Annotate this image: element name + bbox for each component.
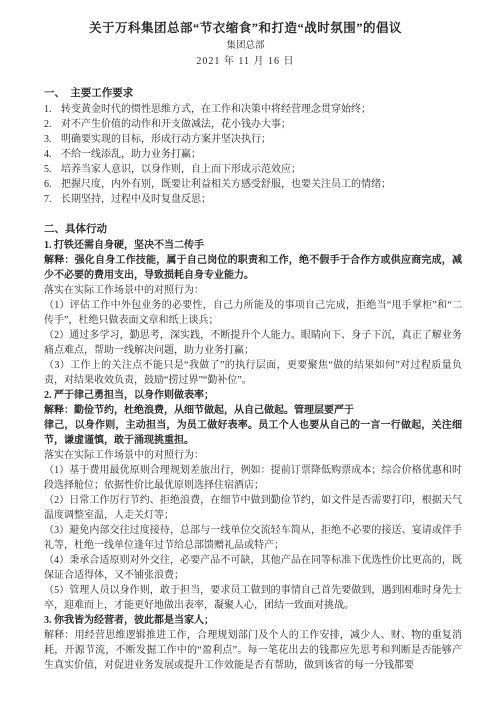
behavior-item: （3）工作上的关注点不能只是“我做了”的执行层面，更要聚焦“做的结果如何”对过程… — [44, 358, 462, 388]
requirement-item-4: 4. 不给一线添乱，助力业务打赢； — [44, 147, 462, 162]
requirement-text: 对不产生价值的动作和开支做减法，花小钱办大事； — [61, 117, 462, 132]
requirement-text: 长期坚持，过程中及时复盘反思； — [61, 192, 462, 207]
behavior-item: （1）评估工作中外包业务的必要性，自己力所能及的事项自己完成，拒绝当“甩手掌柜”… — [44, 298, 462, 328]
requirement-item-2: 2. 对不产生价值的动作和开支做减法，花小钱办大事； — [44, 117, 462, 132]
requirement-number: 6. — [44, 177, 61, 192]
behavior-item: （1）基于费用最优原则合理规划差旅出行，例如：提前订票降低购票成本；综合价格优惠… — [44, 463, 462, 493]
document-page: 关于万科集团总部“节衣缩食”和打造“战时氛围”的倡议 集团总部 2021 年 1… — [0, 0, 489, 716]
requirement-item-6: 6. 把握尺度，内外有别，既要让利益相关方感受舒服，也要关注员工的情绪； — [44, 177, 462, 192]
document-date: 2021 年 11 月 16 日 — [29, 54, 462, 70]
requirement-number: 1. — [44, 102, 61, 117]
requirement-item-5: 5. 培养当家人意识，以身作则，自上而下形成示范效应； — [44, 162, 462, 177]
subsection2-explain-line1: 解释：勤俭节约，杜绝浪费，从细节做起，从自己做起。管理层要严于 — [44, 403, 462, 418]
requirement-number: 7. — [44, 192, 61, 207]
requirement-item-3: 3. 明确要实现的目标，形成行动方案并坚决执行； — [44, 132, 462, 147]
subsection2-title: 2. 严于律己勇担当，以身作则做表率； — [44, 388, 462, 403]
requirement-number: 2. — [44, 117, 61, 132]
requirement-item-7: 7. 长期坚持，过程中及时复盘反思； — [44, 192, 462, 207]
document-subtitle: 集团总部 — [29, 38, 462, 54]
requirement-text: 转变黄金时代的惯性思维方式，在工作和决策中将经营理念贯穿始终； — [61, 102, 462, 117]
subsection2-explain-line2: 律己，以身作则，主动担当，为员工做好表率。员工个人也要从自己的一言一行做起，关注… — [44, 418, 462, 448]
requirement-text: 不给一线添乱，助力业务打赢； — [61, 147, 462, 162]
requirement-text: 培养当家人意识，以身作则，自上而下形成示范效应； — [61, 162, 462, 177]
requirement-text: 明确要实现的目标，形成行动方案并坚决执行； — [61, 132, 462, 147]
document-title: 关于万科集团总部“节衣缩食”和打造“战时氛围”的倡议 — [29, 18, 462, 38]
requirement-number: 4. — [44, 147, 61, 162]
requirement-number: 5. — [44, 162, 61, 177]
behavior-item: （3）避免内部交往过度接待，总部与一线单位交流轻车简从，拒绝不必要的接送、宴请或… — [44, 523, 462, 553]
requirement-item-1: 1. 转变黄金时代的惯性思维方式，在工作和决策中将经营理念贯穿始终； — [44, 102, 462, 117]
requirement-text: 把握尺度，内外有别，既要让利益相关方感受舒服，也要关注员工的情绪； — [61, 177, 462, 192]
section1-heading: 一、 主要工作要求 — [44, 86, 462, 102]
section2-heading: 二、具体行动 — [44, 222, 462, 238]
subsection1-title: 1. 打铁还需自身硬，坚决不当二传手 — [44, 238, 462, 253]
subsection3-title: 3. 你我皆为经营者，彼此都是当家人； — [44, 613, 462, 628]
subsection3-explain: 解释：用经营思维逻辑推进工作，合理规划部门及个人的工作安排，减少人、财、物的重复… — [44, 628, 462, 673]
behavior-item: （5）管理人员以身作则，敢于担当，要求员工做到的事情自己首先要做到，遇到困难时身… — [44, 583, 462, 613]
subsection2-behaviors-label: 落实在实际工作场景中的对照行为： — [44, 448, 462, 463]
behavior-item: （2）通过多学习，勤思考，深实践，不断提升个人能力。眼睛向下、身子下沉，真正了解… — [44, 328, 462, 358]
requirement-number: 3. — [44, 132, 61, 147]
subsection1-behaviors-label: 落实在实际工作场景中的对照行为： — [44, 283, 462, 298]
behavior-item: （4）秉承合适原则对外交往，必要产品不可缺，其他产品在同等标准下优选性价比更高的… — [44, 553, 462, 583]
behavior-item: （2）日常工作厉行节约、拒绝浪费，在细节中做到勤俭节约，如文件是否需要打印，根据… — [44, 493, 462, 523]
subsection1-explain: 解释：强化自身工作技能，属于自己岗位的职责和工作，绝不假手于合作方或供应商完成，… — [44, 253, 462, 283]
